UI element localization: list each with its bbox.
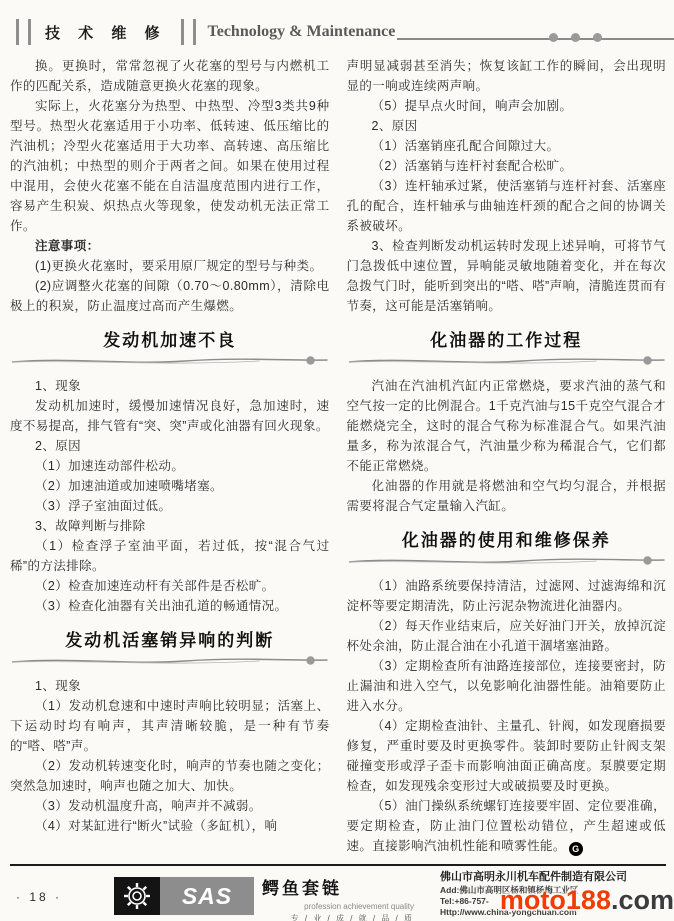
swoosh-divider xyxy=(10,654,330,667)
sas-logo: SAS xyxy=(114,877,254,915)
paragraph: 3、故障判断与排除 xyxy=(10,516,330,536)
header-rule xyxy=(397,38,674,40)
brand-slogan-en: profession achievement quality xyxy=(262,902,414,911)
page-header: 技 术 维 修 Technology & Maintenance xyxy=(16,16,674,48)
paragraph: (2)应调整火花塞的间隙（0.70～0.80mm），清除电极上的积炭，防止温度过… xyxy=(10,276,330,316)
paragraph: （1）检查浮子室油平面，若过低，按“混合气过稀”的方法排除。 xyxy=(10,536,330,576)
paragraph: 化油器的作用就是将燃油和空气均匀混合，并根据需要将混合气定量输入汽缸。 xyxy=(347,476,667,516)
paragraph: 3、检查判断发动机运转时发现上述异响，可将节气门急拨低中速位置，异响能灵敏地随着… xyxy=(347,236,667,316)
paragraph: （3）连杆轴承过紧，使活塞销与连杆衬套、活塞座孔的配合，连杆轴承与曲轴连杆颈的配… xyxy=(347,176,667,236)
paragraph: （2）活塞销与连杆衬套配合松旷。 xyxy=(347,156,667,176)
watermark: moto188.com xyxy=(500,885,674,916)
paragraph: 换。更换时，常常忽视了火花塞的型号与内燃机工作的匹配关系，造成随意更换火花塞的现… xyxy=(10,56,330,96)
paragraph: （1）加速连动部件松动。 xyxy=(10,456,330,476)
swoosh-divider xyxy=(10,354,330,367)
paragraph: 发动机加速时，缓慢加速情况良好，急加速时，速度不易提高，排气管有“突、突”声或化… xyxy=(10,396,330,436)
paragraph: （3）检查化油器有关出油孔道的畅通情况。 xyxy=(10,596,330,616)
left-column: 换。更换时，常常忽视了火花塞的型号与内燃机工作的匹配关系，造成随意更换火花塞的现… xyxy=(10,56,330,863)
section-title: 发动机加速不良 xyxy=(10,329,330,353)
footer-rule xyxy=(10,864,666,866)
paragraph: （3）发动机温度升高，响声并不减弱。 xyxy=(10,796,330,816)
section-heading: 化油器的工作过程 xyxy=(347,329,667,367)
paragraph: （1）发动机怠速和中速时声响比较明显；活塞上、下运动时均有响声，其声清晰较脆，是… xyxy=(10,696,330,756)
paragraph: （5）油门操纵系统螺钉连接要牢固、定位要准确，要定期检查，防止油门位置松动错位，… xyxy=(347,796,667,856)
section-title: 化油器的工作过程 xyxy=(347,329,667,353)
brand-slogan-zh: 专 / 业 / 成 / 就 / 品 / 质 xyxy=(262,913,414,921)
paragraph: （2）检查加速连动杆有关部件是否松旷。 xyxy=(10,576,330,596)
sas-logo-text: SAS xyxy=(160,877,254,915)
section-category-title: 技 术 维 修 xyxy=(45,22,167,43)
section-category-title-en: Technology & Maintenance xyxy=(208,23,396,41)
section-heading: 发动机活塞销异响的判断 xyxy=(10,629,330,667)
page-footer: · 18 · SAS 鳄鱼套链 profession achievement q… xyxy=(0,864,674,921)
watermark-ext: .com xyxy=(611,885,674,915)
article-body: 换。更换时，常常忽视了火花塞的型号与内燃机工作的匹配关系，造成随意更换火花塞的现… xyxy=(10,56,666,863)
double-bar-ornament xyxy=(16,19,31,45)
paragraph: 实际上，火花塞分为热型、中热型、冷型3类共9种型号。热型火花塞适用于小功率、低转… xyxy=(10,96,330,236)
paragraph: （5）提早点火时间，响声会加剧。 xyxy=(347,96,667,116)
header-dots-ornament xyxy=(549,33,602,42)
paragraph: （3）浮子室油面过低。 xyxy=(10,496,330,516)
paragraph: （1）油路系统要保持清洁，过滤网、过滤海绵和沉淀杯等要定期清洗，防止污泥杂物流进… xyxy=(347,576,667,616)
paragraph: （2）加速油道或加速喷嘴堵塞。 xyxy=(10,476,330,496)
paragraph: （2）发动机转速变化时，响声的节奏也随之变化；突然急加速时，响声也随之加大、加快… xyxy=(10,756,330,796)
paragraph: 2、原因 xyxy=(10,436,330,456)
page-number: · 18 · xyxy=(16,890,62,904)
paragraph: （1）活塞销座孔配合间隙过大。 xyxy=(347,136,667,156)
paragraph: 注意事项： xyxy=(10,236,330,256)
paragraph: 声明显减弱甚至消失；恢复该缸工作的瞬间，会出现明显的一响或连续两声响。 xyxy=(347,56,667,96)
brand-name: 鳄鱼套链 xyxy=(262,874,414,899)
section-heading: 化油器的使用和维修保养 xyxy=(347,529,667,567)
swoosh-divider xyxy=(347,554,667,567)
right-column: 声明显减弱甚至消失；恢复该缸工作的瞬间，会出现明显的一响或连续两声响。（5）提早… xyxy=(347,56,667,863)
section-heading: 发动机加速不良 xyxy=(10,329,330,367)
paragraph: （2）每天作业结束后，应关好油门开关，放掉沉淀杯处余油，防止混合油在小孔道干涸堵… xyxy=(347,616,667,656)
double-bar-ornament xyxy=(181,19,196,45)
paragraph: 汽油在汽油机汽缸内正常燃烧，要求汽油的蒸气和空气按一定的比例混合。1千克汽油与1… xyxy=(347,376,667,476)
brand-block: 鳄鱼套链 profession achievement quality 专 / … xyxy=(262,874,414,921)
paragraph: 1、现象 xyxy=(10,676,330,696)
paragraph: (1)更换火花塞时，要采用原厂规定的型号与种类。 xyxy=(10,256,330,276)
watermark-name: moto188 xyxy=(500,885,611,915)
paragraph: 1、现象 xyxy=(10,376,330,396)
swoosh-divider xyxy=(347,354,667,367)
paragraph: 2、原因 xyxy=(347,116,667,136)
end-of-article-marker: G xyxy=(569,842,583,856)
paragraph: （3）定期检查所有油路连接部位，连接要密封，防止漏油和进入空气，以免影响化油器性… xyxy=(347,656,667,716)
section-title: 发动机活塞销异响的判断 xyxy=(10,629,330,653)
section-title: 化油器的使用和维修保养 xyxy=(347,529,667,553)
gear-icon xyxy=(114,877,160,915)
paragraph: （4）对某缸进行“断火”试验（多缸机），响 xyxy=(10,816,330,836)
company-name: 佛山市高明永川机车配件制造有限公司 xyxy=(440,872,666,883)
paragraph: （4）定期检查油针、主量孔、针阀，如发现磨损要修复，严重时要及时更换零件。装卸时… xyxy=(347,716,667,796)
